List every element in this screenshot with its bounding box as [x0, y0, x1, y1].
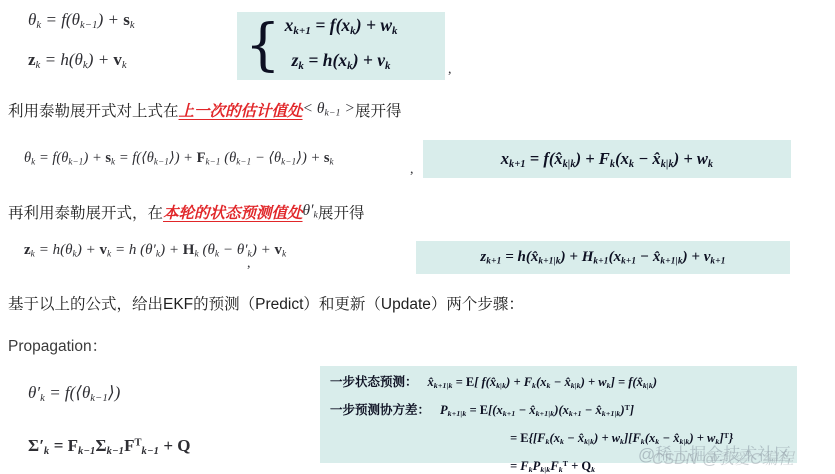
- eq-propagation-state: θ′k = f(⟨θk−1⟩): [28, 383, 120, 404]
- eq-observation-model: zk = h(θk) + vk: [28, 50, 127, 71]
- comma-mark: ,: [448, 62, 452, 78]
- taylor2-prefix: 再利用泰勒展开式，在: [8, 205, 163, 222]
- eq-one-step-covariance: Pk+1|k = E[(xk+1 − x̂k+1|k)(xk+1 − x̂k+1…: [440, 403, 634, 417]
- taylor2-inline-math: θ′k: [303, 202, 318, 219]
- taylor1-red-emphasis: 上一次的估计值处: [179, 103, 303, 120]
- eq-covariance-result: = FkPk|kFkT + Qk: [510, 459, 595, 473]
- eq-propagation-covariance: Σ′k = Fk−1Σk−1FTk−1 + Q: [28, 436, 190, 457]
- taylor2-paragraph: 再利用泰勒展开式，在本轮的状态预测值处θ′k展开得: [8, 203, 365, 230]
- taylor2-suffix: 展开得: [318, 205, 365, 222]
- eq-state-model: θk = f(θk−1) + sk: [28, 10, 135, 31]
- covariance-prediction-label: 一步预测协方差：: [330, 403, 430, 417]
- one-step-state-prediction-line: 一步状态预测：x̂k+1|k = E[ f(x̂k|k) + Fk(xk − x…: [330, 371, 797, 397]
- eq-taylor-expansion-state: θk = f(θk−1) + sk = f(⟨θk−1⟩) + Fk−1 (θk…: [24, 150, 334, 167]
- propagation-label: Propagation：: [8, 336, 107, 358]
- comma-mark: ,: [247, 256, 251, 272]
- ekf-derivation-page: θk = f(θk−1) + sk zk = h(θk) + vk { xk+1…: [0, 0, 835, 474]
- comma-mark: ,: [410, 162, 414, 178]
- eq-one-step-state-prediction: x̂k+1|k = E[ f(x̂k|k) + Fk(xk − x̂k|k) +…: [428, 375, 658, 389]
- eq-state-discrete: xk+1 = f(xk) + wk: [285, 11, 398, 46]
- covariance-expansion-line: = E{[Fk(xk − x̂k|k) + wk][Fk(xk − x̂k|k)…: [510, 425, 797, 453]
- one-step-covariance-line: 一步预测协方差：Pk+1|k = E[(xk+1 − x̂k+1|k)(xk+1…: [330, 397, 797, 425]
- eq-observation-linearized: zk+1 = h(x̂k+1|k) + Hk+1(xk+1 − x̂k+1|k)…: [480, 249, 725, 267]
- system-equations-box: { xk+1 = f(xk) + wk zk = h(xk) + vk: [237, 12, 445, 80]
- taylor1-suffix: 展开得: [355, 103, 402, 120]
- covariance-result-line: = FkPk|kFkT + Qk: [510, 453, 797, 474]
- observation-expansion-highlight-box: zk+1 = h(x̂k+1|k) + Hk+1(xk+1 − x̂k+1|k)…: [416, 241, 790, 274]
- state-expansion-highlight-box: xk+1 = f(x̂k|k) + Fk(xk − x̂k|k) + wk: [423, 140, 791, 178]
- taylor1-paragraph: 利用泰勒展开式对上式在上一次的估计值处< θk−1 >展开得: [8, 101, 401, 128]
- taylor1-inline-math: < θk−1 >: [303, 100, 355, 117]
- taylor1-prefix: 利用泰勒展开式对上式在: [8, 103, 179, 120]
- eq-state-linearized: xk+1 = f(x̂k|k) + Fk(xk − x̂k|k) + wk: [501, 149, 713, 170]
- ekf-steps-intro: 基于以上的公式，给出EKF的预测（Predict）和更新（Update）两个步骤…: [8, 294, 524, 316]
- state-prediction-label: 一步状态预测：: [330, 375, 418, 389]
- eq-covariance-expectation: = E{[Fk(xk − x̂k|k) + wk][Fk(xk − x̂k|k)…: [510, 431, 733, 445]
- eq-observation-discrete: zk = h(xk) + vk: [292, 46, 391, 81]
- taylor2-red-emphasis: 本轮的状态预测值处: [163, 205, 303, 222]
- prediction-step-box: 一步状态预测：x̂k+1|k = E[ f(x̂k|k) + Fk(xk − x…: [320, 366, 797, 463]
- system-equations: xk+1 = f(xk) + wk zk = h(xk) + vk: [285, 11, 398, 81]
- curly-brace-icon: {: [245, 16, 281, 76]
